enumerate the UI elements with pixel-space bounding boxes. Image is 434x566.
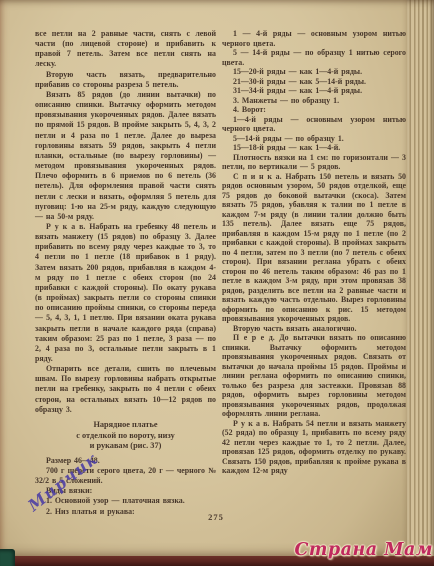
paragraph: 1—4-й ряды — основным узором нитью черно… [222,115,406,134]
section-heading-line: с отделкой по вороту, низу [35,431,216,442]
paragraph: Р у к а в. Набрать на гребенку 48 петель… [35,222,216,364]
paragraph: Вязать 85 рядов (до линии вытачки) по оп… [35,90,216,222]
paragraph: Вторую часть вязать аналогично. [222,324,406,334]
book-page: все петли на 2 равные части, снять с лев… [0,0,407,556]
site-watermark: Страна Мам [294,540,433,560]
paragraph: Плотность вязки на 1 см: по горизонтали … [222,153,406,172]
paragraph: Р у к а в. Набрать 54 петли и вязать ман… [222,419,406,476]
left-column-top-paragraphs: все петли на 2 равные части, снять с лев… [35,29,216,415]
paragraph: 1. Основной узор — платочная вязка. [35,496,216,506]
left-column: все петли на 2 равные части, снять с лев… [35,29,216,517]
paragraph: 4. Ворот: [222,105,406,115]
page-number: 275 [186,512,246,522]
paragraph: С п и н к а. Набрать 150 петель и вязать… [222,172,406,324]
section-heading-line: Нарядное платье [35,420,216,431]
section-heading-line: и рукавам (рис. 37) [35,441,216,452]
paragraph: все петли на 2 равные части, снять с лев… [35,29,216,70]
paragraph: П е р е д. До вытачки вязать по описанию… [222,333,406,419]
paragraph: 5 — 14-й ряды — по образцу 1 нитью серог… [222,48,406,67]
paragraph: 3. Манжеты — по образцу 1. [222,96,406,106]
paragraph: 15—18-й ряды — как 1—4-й. [222,143,406,153]
paragraph: Вторую часть вязать, предварительно приб… [35,70,216,90]
right-column-paragraphs: 1 — 4-й ряды — основным узором нитью чер… [222,29,406,476]
paragraph: Отпарить все детали, сшить по плечевым ш… [35,364,216,415]
paragraph: 5—14-й ряды — по образцу 1. [222,134,406,144]
paragraph: 15—20-й ряды — как 1—4-й ряды. [222,67,406,77]
paragraph: Размер 46—48. [35,456,216,466]
paragraph: 31—34-й ряды — как 1—4-й ряды. [222,86,406,96]
paragraph: 1 — 4-й ряды — основным узором нитью чер… [222,29,406,48]
dark-green-corner-object [0,549,15,566]
stacked-page-edges [407,0,434,556]
section-heading: Нарядное платье с отделкой по вороту, ни… [35,420,216,452]
right-column: 1 — 4-й ряды — основным узором нитью чер… [222,29,406,476]
paragraph: 21—30-й ряды — как 5—14-й ряды. [222,77,406,87]
book-photo: все петли на 2 равные части, снять с лев… [0,0,434,566]
